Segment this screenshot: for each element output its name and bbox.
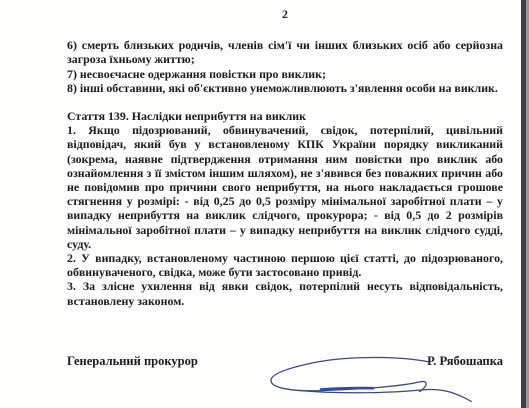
scanned-document-page: 2 6) смерть близьких родичів, членів сім… [0,0,529,408]
page-number: 2 [67,7,503,21]
signer-title: Генеральний прокурор [67,354,198,369]
clause-1: 1. Якщо підозрюваний, обвинувачений, сві… [67,123,503,251]
signature-block: Генеральний прокурор Р. Рябошапка [67,354,503,369]
clause-3: 3. За злісне ухилення від явки свідок, п… [67,279,503,307]
clause-2: 2. У випадку, встановленому частиною пер… [67,251,503,279]
list-item-8: 8) інші обставини, які об'єктивно унемож… [67,81,503,95]
list-item-7: 7) несвоєчасне одержання повістки про ви… [67,67,503,81]
article-heading: Стаття 139. Наслідки неприбуття на викли… [67,109,503,123]
list-item-6: 6) смерть близьких родичів, членів сім'ї… [67,38,503,66]
signer-name: Р. Рябошапка [427,354,503,369]
document-body: 2 6) смерть близьких родичів, членів сім… [67,7,503,308]
